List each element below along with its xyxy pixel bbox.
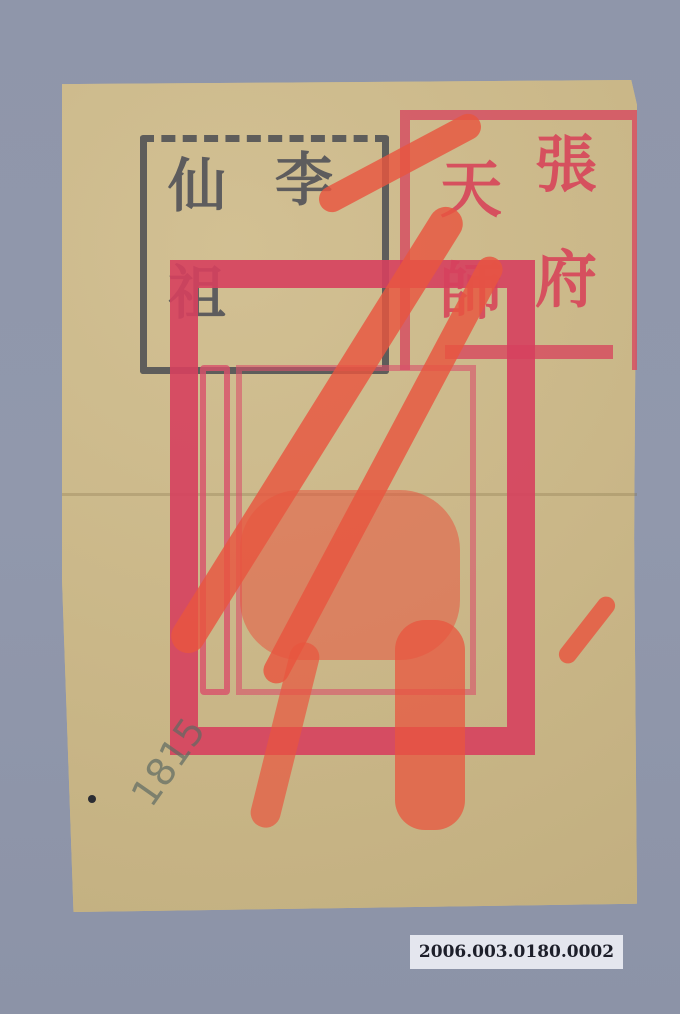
red-seal-char-zhang: 張 bbox=[535, 135, 597, 197]
black-seal-char-xian: 仙 bbox=[168, 158, 226, 216]
seal-inner-border-left bbox=[200, 365, 230, 695]
catalog-number-label: 2006.003.0180.0002 bbox=[410, 935, 623, 969]
brush-stroke-tail bbox=[395, 620, 465, 830]
ink-dot bbox=[88, 795, 96, 803]
red-seal-char-fu: 府 bbox=[535, 250, 597, 312]
